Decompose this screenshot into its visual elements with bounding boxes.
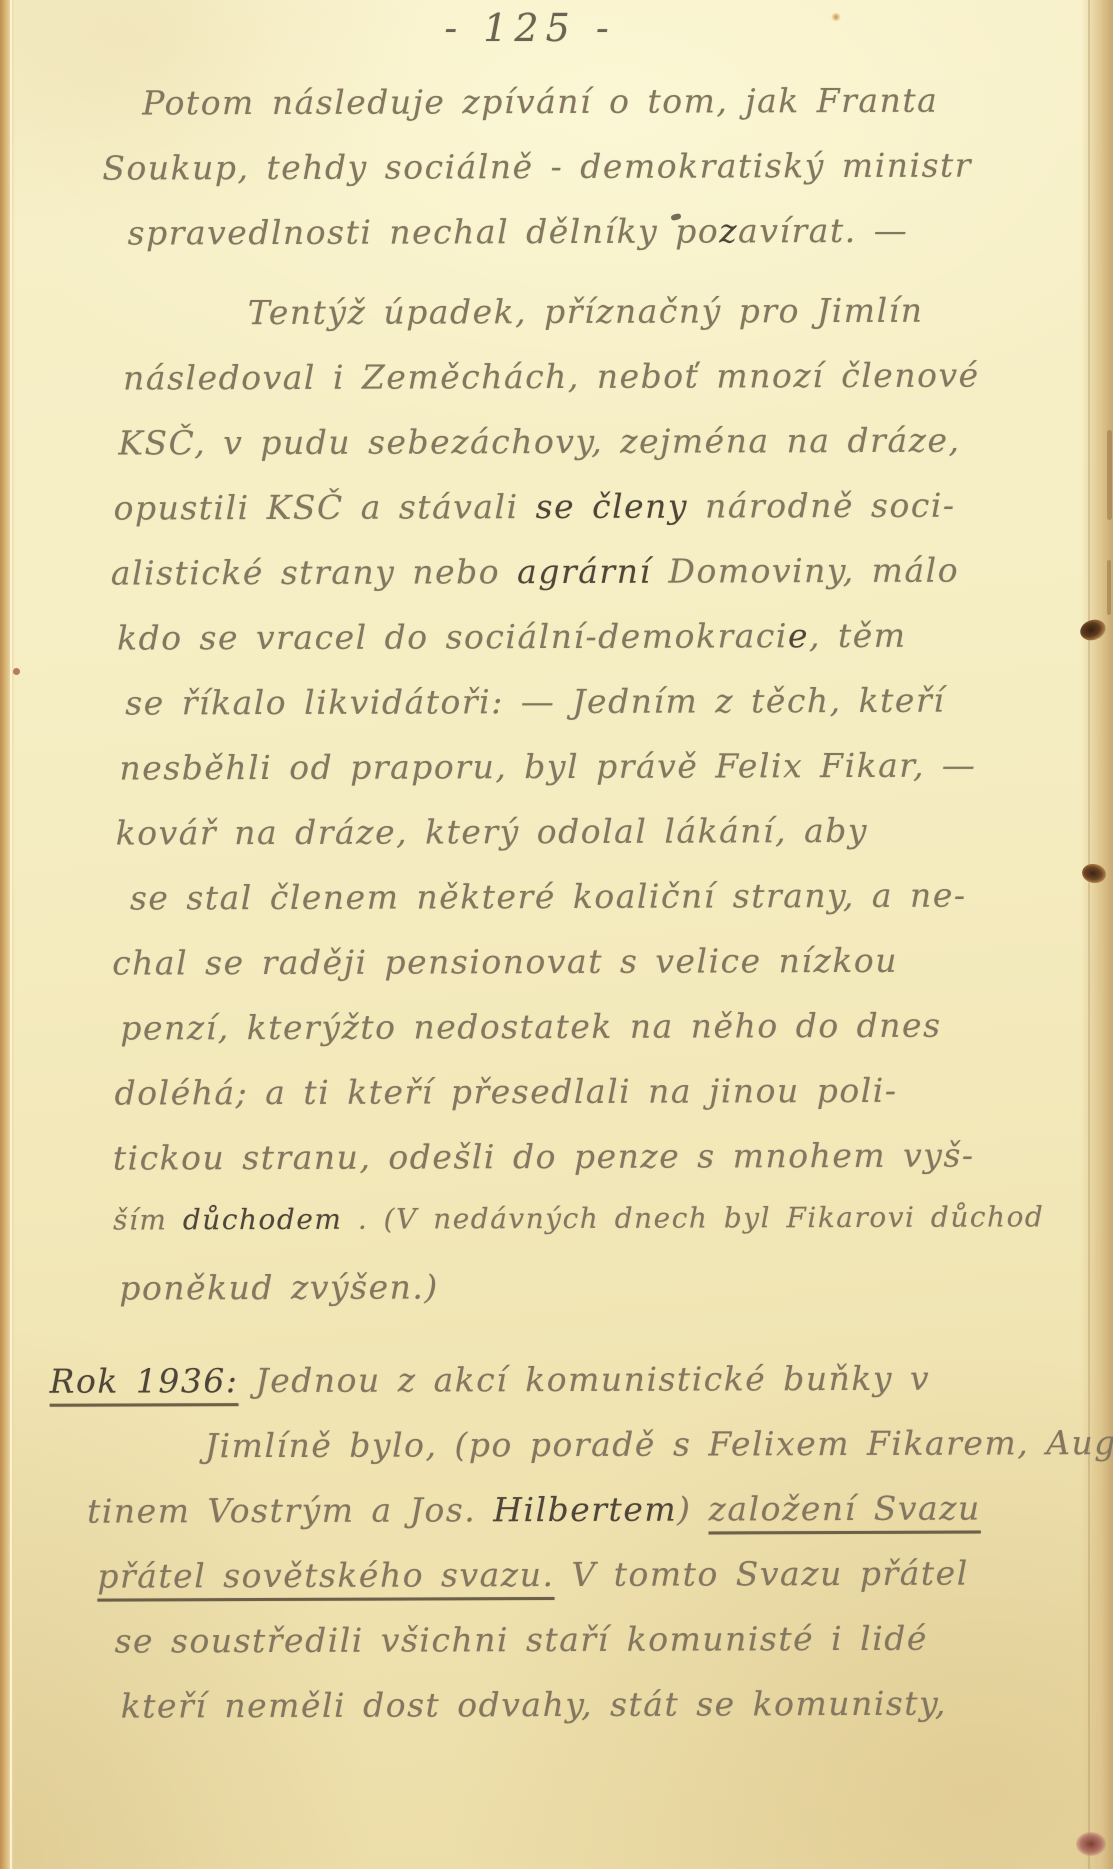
handwritten-line: KSČ, v pudu sebezáchovy, zejména na dráz… (0, 420, 1111, 489)
text-segment: Jimlíně bylo, (po poradě s Felixem Fikar… (205, 1423, 1113, 1465)
page-number: - 125 - (0, 6, 1060, 50)
paper-stain (1076, 1832, 1106, 1856)
handwritten-line: se stal členem některé koaliční strany, … (0, 875, 1113, 944)
handwritten-line: kovář na dráze, který odolal lákání, aby (0, 810, 1113, 879)
text-segment: alistické strany nebo (111, 552, 517, 592)
handwritten-line: tinem Vostrým a Jos. Hilbertem) založení… (2, 1488, 1113, 1557)
handwritten-line: Jimlíně bylo, (po poradě s Felixem Fikar… (2, 1423, 1113, 1492)
handwritten-line: opustili KSČ a stávali se členy národně … (0, 485, 1112, 554)
text-segment: chal se raději pensionovat s velice nízk… (112, 941, 898, 983)
text-segment: důchodem (183, 1203, 343, 1237)
text-segment: Potom následuje zpívání o tom, jak Frant… (142, 81, 938, 123)
text-segment: následoval i Zeměchách, neboť mnozí člen… (123, 356, 980, 398)
handwritten-line: kteří neměli dost odvahy, stát se komuni… (3, 1683, 1113, 1752)
handwritten-line: Rok 1936: Jednou z akcí komunistické buň… (2, 1358, 1113, 1427)
text-segment: Soukup, tehdy sociálně - demokratiský mi… (102, 146, 972, 188)
text-segment: spravedlnosti nechal dělníky po (128, 211, 720, 252)
text-segment: se stal členem některé koaliční strany, … (130, 876, 967, 918)
text-segment: . (V nedávných dnech byl Fikarovi důchod (342, 1200, 1044, 1235)
text-segment: kovář na dráze, který odolal lákání, aby (116, 811, 868, 853)
handwritten-line: penzí, kterýžto nedostatek na něho do dn… (0, 1005, 1113, 1074)
text-segment: Tentýž úpadek, příznačný pro Jimlín (248, 291, 924, 332)
underlined-phrase: přátel sovětského svazu. (97, 1555, 554, 1596)
handwritten-text: Potom následuje zpívání o tom, jak Frant… (0, 80, 1113, 1752)
text-segment: avírat. — (738, 211, 908, 251)
handwritten-line: chal se raději pensionovat s velice nízk… (0, 940, 1113, 1009)
underlined-phrase: založení Svazu (708, 1489, 980, 1529)
text-segment: Hilbertem (493, 1490, 677, 1530)
handwritten-line: nesběhli od praporu, byl právě Felix Fik… (0, 745, 1113, 814)
handwritten-line: doléhá; a ti kteří přesedlali na jinou p… (1, 1070, 1113, 1139)
text-segment: V tomto Svazu přátel (554, 1554, 968, 1594)
text-segment: Domoviny, málo (651, 551, 959, 591)
text-segment: národně soci- (688, 486, 956, 526)
text-segment: kdo se vracel do sociální-demokraci (117, 616, 788, 657)
text-segment: , těm (809, 616, 907, 655)
handwritten-line: Soukup, tehdy sociálně - demokratiský mi… (0, 145, 1111, 214)
text-segment: ším (113, 1203, 183, 1236)
text-segment: tickou stranu, odešli do penze s mnohem … (113, 1136, 975, 1178)
underlined-phrase: Rok 1936: (50, 1361, 239, 1401)
text-segment: opustili KSČ a stávali (114, 487, 536, 527)
handwritten-line: tickou stranu, odešli do penze s mnohem … (1, 1135, 1113, 1204)
handwritten-line: následoval i Zeměchách, neboť mnozí člen… (0, 355, 1111, 424)
text-segment: kteří neměli dost odvahy, stát se komuni… (121, 1684, 947, 1726)
handwritten-line: kdo se vracel do sociální-demokracie, tě… (0, 615, 1112, 684)
text-segment: se členy (536, 487, 689, 527)
text-segment: nesběhli od praporu, byl právě Felix Fik… (119, 746, 976, 788)
text-segment: z (719, 211, 738, 250)
text-segment: se říkalo likvidátoři: — Jedním z těch, … (125, 681, 945, 723)
text-segment: ) (677, 1489, 709, 1528)
text-segment: KSČ, v pudu sebezáchovy, zejména na dráz… (118, 421, 960, 463)
handwritten-line: alistické strany nebo agrární Domoviny, … (0, 550, 1112, 619)
text-segment: tinem Vostrým a Jos. (87, 1490, 493, 1530)
handwritten-line: přátel sovětského svazu. V tomto Svazu p… (2, 1553, 1113, 1622)
handwritten-line: Potom následuje zpívání o tom, jak Frant… (0, 80, 1110, 149)
text-segment: agrární (517, 552, 651, 591)
handwritten-line: ším důchodem . (V nedávných dnech byl Fi… (1, 1200, 1113, 1269)
manuscript-page: - 125 - Potom následuje zpívání o tom, j… (0, 0, 1113, 1869)
handwritten-line: poněkud zvýšen.) (1, 1265, 1113, 1334)
handwritten-line: se soustředili všichni staří komunisté i… (2, 1618, 1113, 1687)
text-segment: poněkud zvýšen.) (119, 1267, 439, 1307)
handwritten-line: Tentýž úpadek, příznačný pro Jimlín (0, 290, 1111, 359)
text-segment: penzí, kterýžto nedostatek na něho do dn… (120, 1006, 941, 1048)
text-segment: se soustředili všichni staří komunisté i… (114, 1619, 928, 1661)
handwritten-line: spravedlnosti nechal dělníky pozavírat. … (0, 210, 1111, 279)
handwritten-line: se říkalo likvidátoři: — Jedním z těch, … (0, 680, 1112, 749)
text-segment: Jednou z akcí komunistické buňky v (238, 1359, 930, 1400)
text-segment: doléhá; a ti kteří přesedlali na jinou p… (115, 1071, 898, 1113)
text-segment: e (788, 616, 809, 655)
